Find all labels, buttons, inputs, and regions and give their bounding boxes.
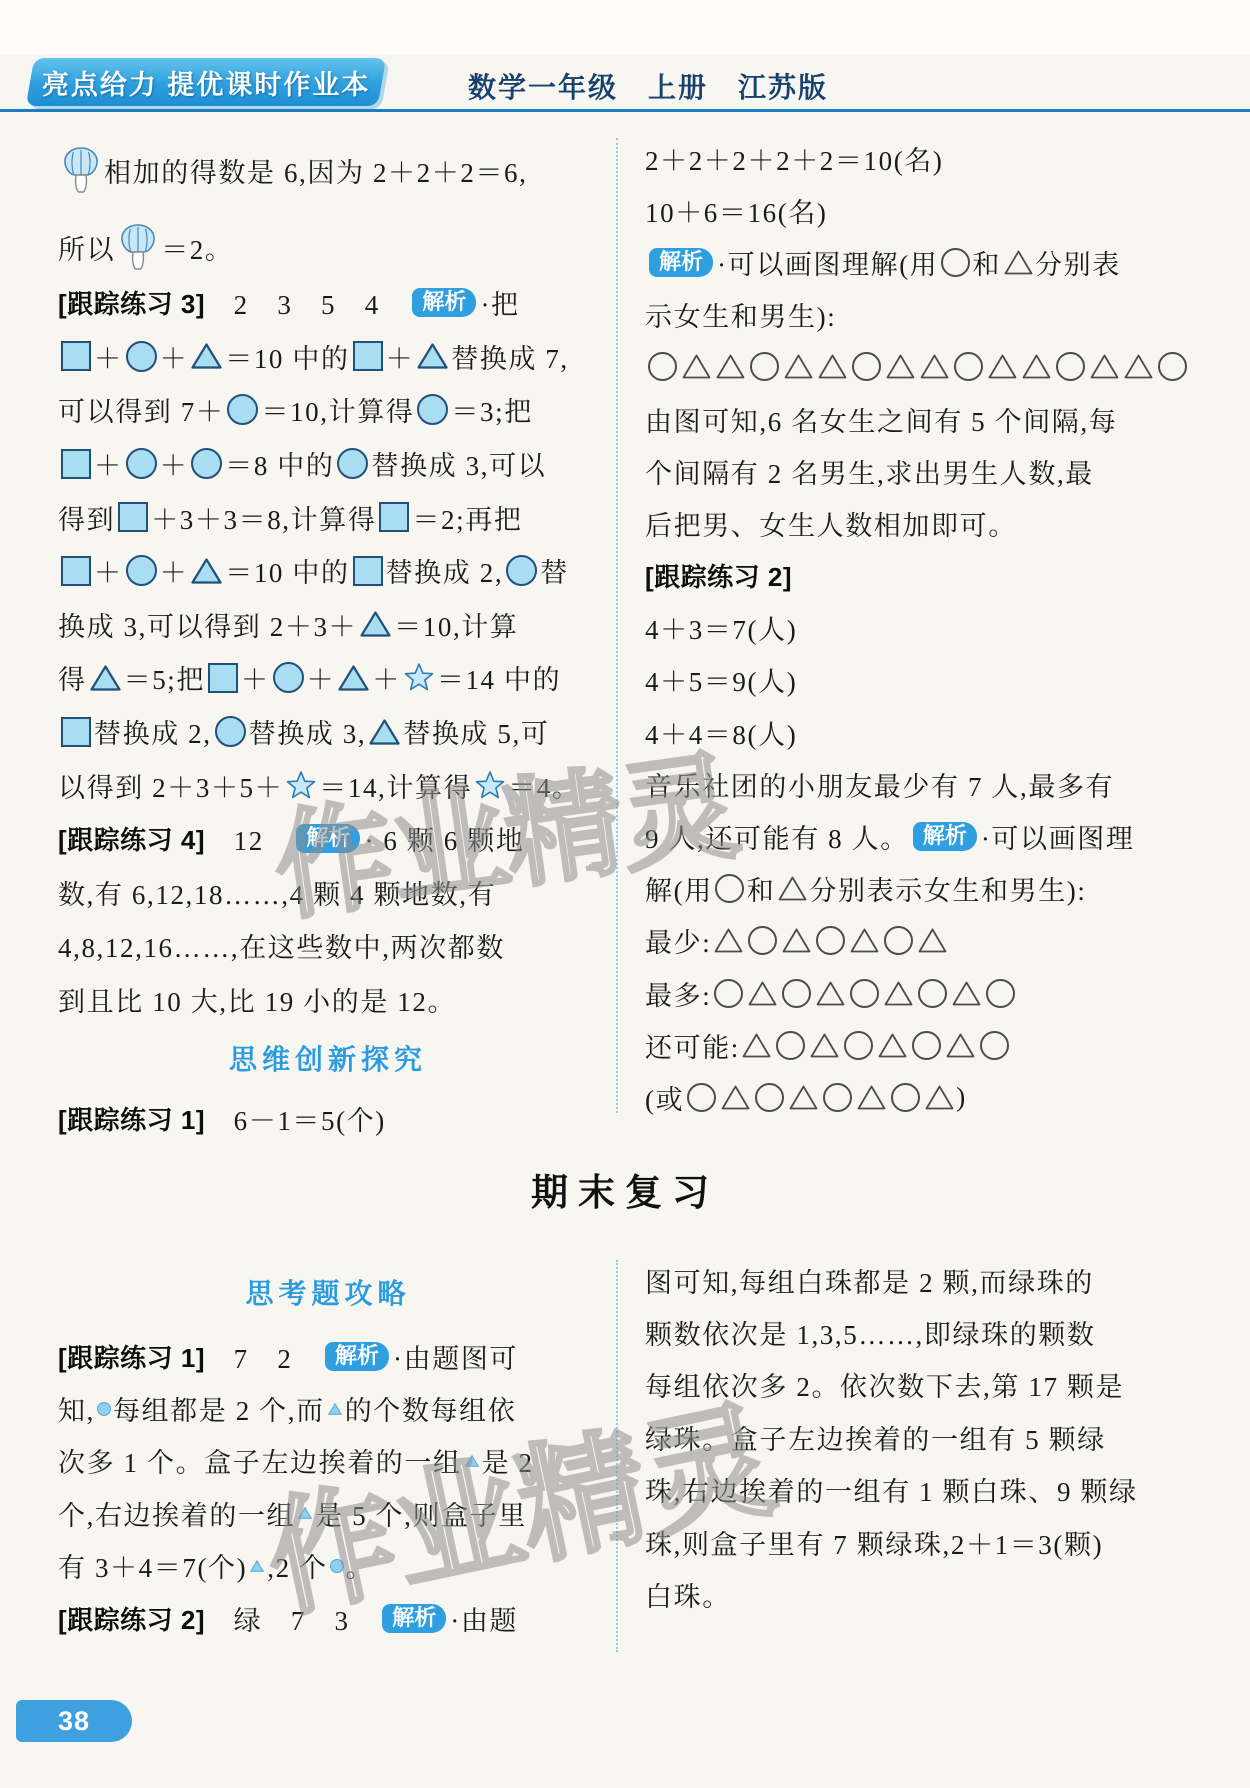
- text-run: 以得到 2＋3＋5＋: [58, 766, 283, 805]
- text-run: 颗数依次是 1,3,5……,即绿珠的颗数: [645, 1313, 1096, 1352]
- text-run: 最少:: [645, 921, 711, 960]
- text-run: ·可以画图理解(用: [717, 243, 938, 282]
- text-line: 2＋2＋2＋2＋2＝10(名): [645, 132, 1193, 184]
- text-run: 到且比 10 大,比 19 小的是 12。: [58, 980, 456, 1019]
- text-line: 还可能:: [645, 1019, 1193, 1071]
- outline-triangle-shape: [810, 1033, 839, 1058]
- square-shape: [61, 556, 91, 586]
- text-line: [跟踪练习 2]: [645, 550, 1193, 602]
- text-run: ·把: [480, 283, 519, 322]
- small-circle-icon: [330, 1559, 344, 1573]
- text-run: 示女生和男生):: [645, 295, 836, 334]
- text-run: ＝10 中的: [225, 551, 349, 590]
- outline-triangle-shape: [818, 354, 847, 379]
- exercise-label: [跟踪练习 2]: [58, 1600, 205, 1637]
- page-number-badge: 38: [16, 1700, 132, 1742]
- small-triangle-icon: [465, 1455, 479, 1467]
- circle-shape: [126, 448, 157, 479]
- text-run: 由图可知,6 名女生之间有 5 个间隔,每: [645, 400, 1117, 439]
- outline-circle-shape: [954, 352, 983, 381]
- small-triangle-icon: [298, 1507, 312, 1519]
- text-run: 每组都是 2 个,而: [113, 1389, 325, 1428]
- text-run: ＝10 中的: [225, 337, 349, 376]
- jiexi-badge: 解析: [412, 288, 476, 317]
- text-run: 替换成 7,: [451, 337, 569, 376]
- text-run: 是 5 个,则盒子里: [315, 1494, 527, 1533]
- triangle-shape: [90, 665, 121, 691]
- outline-circle-shape: [687, 1083, 716, 1112]
- outline-triangle-shape: [857, 1085, 886, 1110]
- text-run: 数,有 6,12,18……,4 颗 4 颗地数,有: [58, 873, 496, 912]
- text-run: ＝5;把: [124, 658, 205, 697]
- text-run: 12: [205, 819, 292, 858]
- text-run: 。: [346, 1546, 375, 1585]
- circle-shape: [126, 341, 157, 372]
- text-line: 次多 1 个。盒子左边挨着的一组是 2: [58, 1435, 598, 1487]
- outline-circle-shape: [648, 352, 677, 381]
- outline-triangle-shape: [878, 1033, 907, 1058]
- text-run: ＋: [160, 444, 189, 483]
- square-shape: [61, 449, 91, 479]
- text-run: ＋: [386, 337, 415, 376]
- outline-triangle-shape: [784, 354, 813, 379]
- text-line: (或): [645, 1071, 1193, 1123]
- text-run: 分别表: [1035, 243, 1121, 282]
- outline-triangle-shape: [778, 876, 807, 901]
- outline-circle-shape: [884, 926, 913, 955]
- text-run: · 6 颗 6 颗地: [364, 819, 524, 858]
- text-run: 7 2: [205, 1337, 321, 1376]
- book-title: 数学一年级 上册 江苏版: [468, 66, 828, 106]
- circle-shape: [126, 555, 157, 586]
- exercise-label: [跟踪练习 2]: [645, 557, 792, 594]
- circle-shape: [215, 716, 246, 747]
- section-heading-qimo-fuxi: 期末复习: [0, 1162, 1250, 1216]
- text-run: 珠,则盒子里有 7 颗绿珠,2＋1＝3(颗): [645, 1523, 1103, 1562]
- small-triangle-icon: [328, 1403, 342, 1415]
- text-run: 替换成 3,: [249, 712, 367, 751]
- text-run: 9 人,还可能有 8 人。: [645, 817, 909, 856]
- text-line: 个间隔有 2 名男生,求出男生人数,最: [645, 445, 1193, 497]
- text-run: ＋: [241, 658, 270, 697]
- outline-triangle-shape: [925, 1085, 954, 1110]
- outline-circle-shape: [918, 979, 947, 1008]
- text-line: 示女生和男生):: [645, 289, 1193, 341]
- outline-circle-shape: [823, 1083, 852, 1112]
- text-line: 换成 3,可以得到 2＋3＋＝10,计算: [58, 598, 598, 652]
- outline-triangle-shape: [716, 354, 745, 379]
- text-run: 4＋4＝8(人): [645, 713, 797, 752]
- brand-banner: 亮点给力 提优课时作业本: [26, 58, 386, 106]
- section-heading-sikaoti-gonglue: 思考题攻略: [58, 1272, 598, 1312]
- outline-triangle-shape: [850, 928, 879, 953]
- triangle-shape: [360, 611, 391, 637]
- outline-circle-shape: [755, 1083, 784, 1112]
- outline-circle-shape: [986, 979, 1015, 1008]
- text-line: 由图可知,6 名女生之间有 5 个间隔,每: [645, 393, 1193, 445]
- outline-triangle-shape: [682, 354, 711, 379]
- outline-triangle-shape: [1124, 354, 1153, 379]
- exercise-label: [跟踪练习 3]: [58, 284, 205, 321]
- text-run: 得到: [58, 498, 115, 537]
- outline-triangle-shape: [1090, 354, 1119, 379]
- text-run: 知,: [58, 1389, 95, 1428]
- square-shape: [61, 341, 91, 371]
- right-column-top: 2＋2＋2＋2＋2＝10(名)10＋6＝16(名)解析·可以画图理解(用和分别表…: [645, 132, 1193, 1124]
- square-shape: [61, 717, 91, 747]
- outline-circle-shape: [980, 1031, 1009, 1060]
- page-top-margin: [0, 0, 1250, 55]
- text-run: 分别表示女生和男生):: [809, 869, 1086, 908]
- text-run: ＝10,计算: [394, 605, 518, 644]
- square-shape: [353, 556, 383, 586]
- text-line: ＋＋＝8 中的替换成 3,可以: [58, 437, 598, 491]
- text-run: 还可能:: [645, 1026, 740, 1065]
- text-run: ＋: [160, 551, 189, 590]
- star-shape: [286, 771, 316, 800]
- text-line: 珠,则盒子里有 7 颗绿珠,2＋1＝3(颗): [645, 1516, 1197, 1568]
- text-line: 解(用和分别表示女生和男生):: [645, 863, 1193, 915]
- text-line: 每组依次多 2。依次数下去,第 17 颗是: [645, 1359, 1197, 1411]
- text-run: 白珠。: [645, 1575, 731, 1614]
- outline-circle-shape: [748, 926, 777, 955]
- outline-triangle-shape: [816, 981, 845, 1006]
- text-run: 绿珠。盒子左边挨着的一组有 5 颗绿: [645, 1418, 1106, 1457]
- text-run: 得: [58, 658, 87, 697]
- jiexi-badge: 解析: [382, 1604, 446, 1633]
- section-heading-siwei-chuangxin: 思维创新探究: [58, 1038, 598, 1078]
- outline-triangle-shape: [952, 981, 981, 1006]
- text-run: 个,右边挨着的一组: [58, 1494, 295, 1533]
- workbook-answer-page: 亮点给力 提优课时作业本 数学一年级 上册 江苏版 相加的得数是 6,因为 2＋…: [0, 0, 1250, 1788]
- text-line: 后把男、女生人数相加即可。: [645, 497, 1193, 549]
- text-run: 解(用: [645, 869, 713, 908]
- text-line: 4＋4＝8(人): [645, 706, 1193, 758]
- text-line: 10＋6＝16(名): [645, 184, 1193, 236]
- triangle-shape: [417, 343, 448, 369]
- text-line: 替换成 2,替换成 3,替换成 5,可: [58, 705, 598, 759]
- text-run: ·由题图可: [393, 1337, 518, 1376]
- text-line: 4＋5＝9(人): [645, 654, 1193, 706]
- outline-triangle-shape: [748, 981, 777, 1006]
- text-run: 图可知,每组白珠都是 2 颗,而绿珠的: [645, 1261, 1094, 1300]
- text-run: 替换成 5,可: [403, 712, 549, 751]
- outline-circle-shape: [776, 1031, 805, 1060]
- text-line: 4,8,12,16……,在这些数中,两次都数: [58, 919, 598, 973]
- text-run: ＝10,计算得: [261, 390, 414, 429]
- text-line: 珠,右边挨着的一组有 1 颗白珠、9 颗绿: [645, 1464, 1197, 1516]
- text-run: ＋: [94, 444, 123, 483]
- outline-triangle-shape: [988, 354, 1017, 379]
- text-line: 图可知,每组白珠都是 2 颗,而绿珠的: [645, 1254, 1197, 1306]
- text-run: 音乐社团的小朋友最少有 7 人,最多有: [645, 765, 1114, 804]
- star-shape: [404, 663, 434, 692]
- text-line: 解析·可以画图理解(用和分别表: [645, 236, 1193, 288]
- text-run: ＋: [372, 658, 401, 697]
- text-run: ＝14,计算得: [319, 766, 472, 805]
- outline-triangle-shape: [782, 928, 811, 953]
- text-line: [跟踪练习 3] 2 3 5 4 解析·把: [58, 276, 598, 330]
- text-run: ＝3;把: [451, 390, 532, 429]
- text-run: 可以得到 7＋: [58, 390, 224, 429]
- text-run: ＋: [94, 337, 123, 376]
- text-run: 和: [747, 869, 776, 908]
- outline-circle-shape: [891, 1083, 920, 1112]
- outline-circle-shape: [850, 979, 879, 1008]
- text-line: 知,每组都是 2 个,而的个数每组依: [58, 1382, 598, 1434]
- text-line: [645, 341, 1193, 393]
- text-run: 2 3 5 4: [205, 283, 408, 322]
- text-run: 个间隔有 2 名男生,求出男生人数,最: [645, 452, 1094, 491]
- column-divider-bottom: [616, 1260, 618, 1652]
- text-line: 颗数依次是 1,3,5……,即绿珠的颗数: [645, 1306, 1197, 1358]
- text-run: 有 3＋4＝7(个): [58, 1546, 247, 1585]
- text-run: ＝2;再把: [412, 498, 522, 537]
- text-line: 到且比 10 大,比 19 小的是 12。: [58, 973, 598, 1027]
- brand-banner-text: 亮点给力 提优课时作业本: [42, 63, 371, 102]
- square-shape: [208, 663, 238, 693]
- text-run: ＋: [94, 551, 123, 590]
- square-shape: [379, 502, 409, 532]
- circle-shape: [227, 394, 258, 425]
- text-run: 4＋5＝9(人): [645, 660, 797, 699]
- cabbage-icon: [118, 223, 158, 271]
- circle-shape: [191, 448, 222, 479]
- text-run: 后把男、女生人数相加即可。: [645, 504, 1017, 543]
- jiexi-badge: 解析: [649, 248, 713, 277]
- left-column-bottom: [跟踪练习 1] 7 2 解析·由题图可知,每组都是 2 个,而的个数每组依次多…: [58, 1330, 598, 1644]
- text-line: 所以＝2。: [58, 218, 598, 276]
- outline-triangle-shape: [721, 1085, 750, 1110]
- text-line: 得＝5;把＋＋＋＝14 中的: [58, 651, 598, 705]
- column-divider-top: [616, 138, 618, 1113]
- text-run: 10＋6＝16(名): [645, 191, 827, 230]
- text-run: 的个数每组依: [345, 1389, 517, 1428]
- text-line: 白珠。: [645, 1568, 1197, 1620]
- text-run: 替换成 2,: [386, 551, 504, 590]
- square-shape: [353, 341, 383, 371]
- text-line: 音乐社团的小朋友最少有 7 人,最多有: [645, 758, 1193, 810]
- outline-circle-shape: [941, 248, 970, 277]
- text-run: ＝2。: [161, 228, 233, 267]
- outline-triangle-shape: [714, 928, 743, 953]
- text-line: 可以得到 7＋＝10,计算得＝3;把: [58, 383, 598, 437]
- text-line: 以得到 2＋3＋5＋＝14,计算得＝4。: [58, 758, 598, 812]
- text-run: 和: [972, 243, 1001, 282]
- header-rule: [0, 109, 1250, 112]
- outline-circle-shape: [912, 1031, 941, 1060]
- circle-shape: [417, 394, 448, 425]
- text-run: 最多:: [645, 974, 711, 1013]
- text-run: (或: [645, 1078, 684, 1117]
- text-run: 6－1＝5(个): [205, 1099, 386, 1138]
- small-circle-icon: [97, 1402, 111, 1416]
- text-line: 相加的得数是 6,因为 2＋2＋2＝6,: [58, 122, 598, 218]
- left-column-top: 相加的得数是 6,因为 2＋2＋2＝6,所以＝2。[跟踪练习 3] 2 3 5 …: [58, 122, 598, 1026]
- text-run: 4,8,12,16……,在这些数中,两次都数: [58, 926, 505, 965]
- outline-circle-shape: [750, 352, 779, 381]
- text-run: ＋3＋3＝8,计算得: [151, 498, 376, 537]
- triangle-shape: [191, 558, 222, 584]
- outline-triangle-shape: [886, 354, 915, 379]
- outline-triangle-shape: [789, 1085, 818, 1110]
- text-run: 珠,右边挨着的一组有 1 颗白珠、9 颗绿: [645, 1470, 1138, 1509]
- exercise-label: [跟踪练习 1]: [58, 1338, 205, 1375]
- text-line: 个,右边挨着的一组是 5 个,则盒子里: [58, 1487, 598, 1539]
- text-run: 换成 3,可以得到 2＋3＋: [58, 605, 357, 644]
- outline-circle-shape: [816, 926, 845, 955]
- outline-circle-shape: [1158, 352, 1187, 381]
- jiexi-badge: 解析: [325, 1342, 389, 1371]
- text-run: ): [956, 1082, 967, 1113]
- text-run: 相加的得数是 6,因为 2＋2＋2＝6,: [104, 151, 528, 190]
- small-triangle-icon: [250, 1560, 264, 1572]
- triangle-shape: [338, 665, 369, 691]
- outline-circle-shape: [852, 352, 881, 381]
- outline-circle-shape: [782, 979, 811, 1008]
- outline-triangle-shape: [920, 354, 949, 379]
- text-run: 替换成 3,可以: [371, 444, 546, 483]
- text-run: ＋: [160, 337, 189, 376]
- outline-circle-shape: [714, 979, 743, 1008]
- text-line: 9 人,还可能有 8 人。解析·可以画图理: [645, 810, 1193, 862]
- text-line: 最少:: [645, 915, 1193, 967]
- circle-shape: [506, 555, 537, 586]
- text-run: ·可以画图理: [981, 817, 1135, 856]
- cabbage-icon: [61, 146, 101, 194]
- left-column-mid: [跟踪练习 1] 6－1＝5(个): [58, 1086, 598, 1150]
- text-run: ＝4。: [508, 766, 580, 805]
- text-line: [跟踪练习 1] 6－1＝5(个): [58, 1086, 598, 1150]
- text-run: 替换成 2,: [94, 712, 212, 751]
- text-line: 得到＋3＋3＝8,计算得＝2;再把: [58, 490, 598, 544]
- text-run: ,2 个: [267, 1546, 327, 1585]
- text-run: 2＋2＋2＋2＋2＝10(名): [645, 139, 943, 178]
- outline-circle-shape: [1056, 352, 1085, 381]
- text-line: 最多:: [645, 967, 1193, 1019]
- triangle-shape: [369, 719, 400, 745]
- outline-triangle-shape: [742, 1033, 771, 1058]
- text-run: 是 2: [482, 1441, 534, 1480]
- star-shape: [475, 771, 505, 800]
- outline-circle-shape: [715, 874, 744, 903]
- text-run: ＋: [307, 658, 336, 697]
- circle-shape: [273, 662, 304, 693]
- text-run: 次多 1 个。盒子左边挨着的一组: [58, 1441, 462, 1480]
- text-line: [跟踪练习 1] 7 2 解析·由题图可: [58, 1330, 598, 1382]
- jiexi-badge: 解析: [913, 822, 977, 851]
- text-run: 替: [540, 551, 569, 590]
- outline-triangle-shape: [918, 928, 947, 953]
- text-run: ·由题: [450, 1599, 518, 1638]
- text-run: 所以: [58, 228, 115, 267]
- exercise-label: [跟踪练习 4]: [58, 820, 205, 857]
- text-line: ＋＋＝10 中的替换成 2,替: [58, 544, 598, 598]
- outline-triangle-shape: [946, 1033, 975, 1058]
- text-line: [跟踪练习 4] 12 解析· 6 颗 6 颗地: [58, 812, 598, 866]
- text-line: 绿珠。盒子左边挨着的一组有 5 颗绿: [645, 1411, 1197, 1463]
- circle-shape: [337, 448, 368, 479]
- right-column-bottom: 图可知,每组白珠都是 2 颗,而绿珠的颗数依次是 1,3,5……,即绿珠的颗数每…: [645, 1254, 1197, 1621]
- triangle-shape: [191, 343, 222, 369]
- text-run: 绿 7 3: [205, 1599, 378, 1638]
- outline-triangle-shape: [1022, 354, 1051, 379]
- text-line: 4＋3＝7(人): [645, 602, 1193, 654]
- exercise-label: [跟踪练习 1]: [58, 1100, 205, 1137]
- text-line: 数,有 6,12,18……,4 颗 4 颗地数,有: [58, 866, 598, 920]
- jiexi-badge: 解析: [296, 824, 360, 853]
- text-run: ＝8 中的: [225, 444, 334, 483]
- text-line: 有 3＋4＝7(个),2 个。: [58, 1540, 598, 1592]
- text-run: 每组依次多 2。依次数下去,第 17 颗是: [645, 1365, 1124, 1404]
- outline-triangle-shape: [884, 981, 913, 1006]
- text-run: 4＋3＝7(人): [645, 608, 797, 647]
- text-run: ＝14 中的: [437, 658, 561, 697]
- text-line: [跟踪练习 2] 绿 7 3 解析·由题: [58, 1592, 598, 1644]
- text-line: ＋＋＝10 中的＋替换成 7,: [58, 330, 598, 384]
- outline-triangle-shape: [1004, 250, 1033, 275]
- outline-circle-shape: [844, 1031, 873, 1060]
- square-shape: [118, 502, 148, 532]
